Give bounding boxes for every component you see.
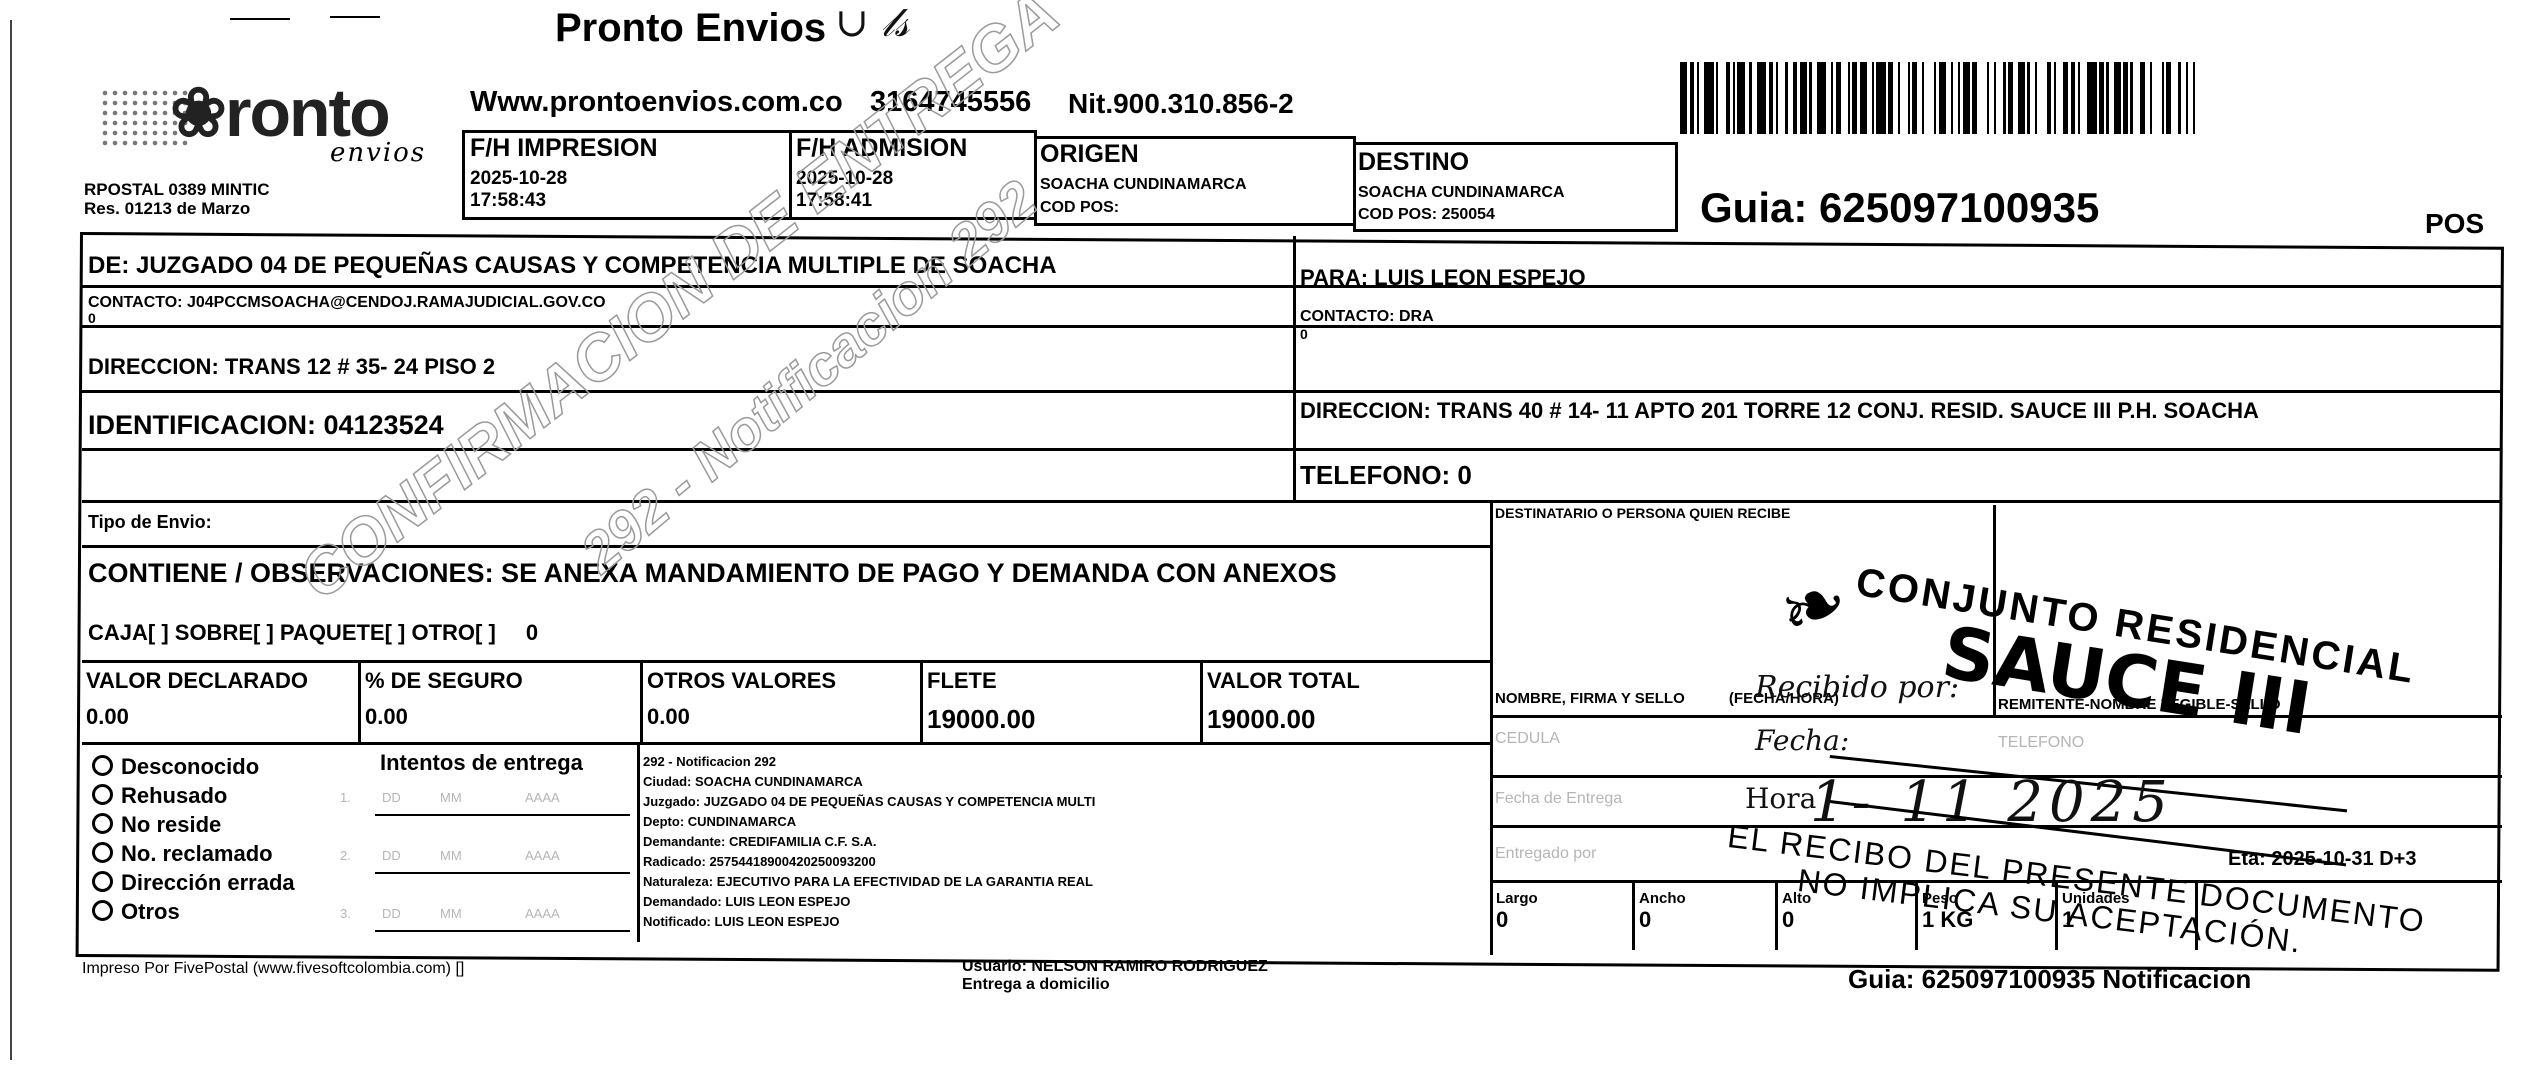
radio-icon[interactable] xyxy=(92,842,113,863)
column-divider xyxy=(637,742,640,942)
dimension-value: 0 xyxy=(1496,907,1632,933)
handwritten-delivery-date: 1- 11 2025 xyxy=(1810,770,2174,835)
return-reason-label: Otros xyxy=(121,899,180,924)
return-reason-label: Dirección errada xyxy=(121,870,295,895)
logo-subtitle: envios xyxy=(330,138,426,168)
value-cell: VALOR TOTAL19000.00 xyxy=(1200,660,1490,744)
contents-observations: CONTIENE / OBSERVACIONES: SE ANEXA MANDA… xyxy=(88,558,1337,589)
impresion-label: F/H IMPRESION xyxy=(470,134,658,163)
page-left-edge xyxy=(10,20,12,1060)
value-amount: 0.00 xyxy=(365,704,640,730)
attempt-year: AAAA xyxy=(525,906,560,921)
radio-icon[interactable] xyxy=(92,755,113,776)
attempt-row[interactable]: 2. DD MM AAAA xyxy=(340,848,630,863)
attempt-number: 2. xyxy=(340,848,351,863)
attempt-day: DD xyxy=(382,790,401,805)
attempt-day: DD xyxy=(382,906,401,921)
handwritten-fecha: Fecha: xyxy=(1755,724,1849,757)
dimension-cell: Largo 0 xyxy=(1492,882,1632,950)
row-divider xyxy=(1492,715,2502,718)
attempt-underline xyxy=(375,930,630,932)
printed-by: Impreso Por FivePostal (www.fivesoftcolo… xyxy=(82,960,464,978)
notification-detail-line: Demandante: CREDIFAMILIA C.F. S.A. xyxy=(643,832,1095,852)
attempt-underline xyxy=(375,872,630,874)
company-logo: ❀ronto envios xyxy=(100,80,440,170)
value-label: VALOR DECLARADO xyxy=(86,668,358,694)
attempt-year: AAAA xyxy=(525,848,560,863)
dimension-cell: Ancho 0 xyxy=(1632,882,1775,950)
return-reasons: DesconocidoRehusadoNo resideNo. reclamad… xyxy=(92,752,295,926)
attempts-title: Intentos de entrega xyxy=(380,750,583,776)
sender-id: IDENTIFICACION: 04123524 xyxy=(88,410,444,441)
impresion-time: 17:58:43 xyxy=(470,190,546,212)
notification-details: 292 - Notificacion 292Ciudad: SOACHA CUN… xyxy=(643,752,1095,932)
value-amount: 19000.00 xyxy=(1207,704,1490,735)
attempt-month: MM xyxy=(440,906,462,921)
return-reason-option[interactable]: No. reclamado xyxy=(92,839,295,868)
id-card-label: CEDULA xyxy=(1495,730,1560,748)
attempt-row[interactable]: 3. DD MM AAAA xyxy=(340,906,630,921)
guia-footer: Guia: 625097100935 Notificacion xyxy=(1848,964,2251,995)
notification-detail-line: Demandado: LUIS LEON ESPEJO xyxy=(643,892,1095,912)
operator-user: Usuario: NELSON RAMIRO RODRIGUEZ xyxy=(962,958,1268,976)
value-label: FLETE xyxy=(927,668,1200,694)
notification-detail-line: Juzgado: JUZGADO 04 DE PEQUEÑAS CAUSAS Y… xyxy=(643,792,1095,812)
service-type: POS xyxy=(2425,208,2484,240)
packaging-count: 0 xyxy=(526,620,538,645)
license-line: RPOSTAL 0389 MINTIC xyxy=(84,180,269,199)
handwritten-hora: Hora xyxy=(1745,782,1816,815)
attempt-number: 1. xyxy=(340,790,351,805)
guia-number: Guia: 625097100935 xyxy=(1700,184,2099,232)
olive-branch-icon: ❧ xyxy=(1766,551,1861,661)
value-label: % DE SEGURO xyxy=(365,668,640,694)
attempt-day: DD xyxy=(382,848,401,863)
name-signature-label: NOMBRE, FIRMA Y SELLO xyxy=(1495,690,1685,707)
attempt-number: 3. xyxy=(340,906,351,921)
phone-label: TELEFONO xyxy=(1998,734,2084,752)
destino-codpos: COD POS: 250054 xyxy=(1358,206,1495,224)
origen-city: SOACHA CUNDINAMARCA xyxy=(1040,176,1247,194)
dimension-label: Largo xyxy=(1496,890,1632,907)
row-divider xyxy=(82,285,2502,288)
return-reason-option[interactable]: Rehusado xyxy=(92,781,295,810)
value-amount: 0.00 xyxy=(86,704,358,730)
return-reason-label: Rehusado xyxy=(121,783,227,808)
recipient-name: PARA: LUIS LEON ESPEJO xyxy=(1300,265,1586,291)
row-divider xyxy=(82,325,2502,328)
scan-mark xyxy=(330,16,380,18)
value-amount: 0.00 xyxy=(647,704,920,730)
notification-detail-line: Depto: CUNDINAMARCA xyxy=(643,812,1095,832)
sender-contact: CONTACTO: J04PCCMSOACHA@CENDOJ.RAMAJUDIC… xyxy=(88,294,606,312)
value-cell: OTROS VALORES0.00 xyxy=(640,660,920,744)
return-reason-option[interactable]: No reside xyxy=(92,810,295,839)
handwritten-scribble: ∪ 𝓁𝓈 xyxy=(835,0,909,46)
destino-city: SOACHA CUNDINAMARCA xyxy=(1358,184,1565,202)
origen-codpos: COD POS: xyxy=(1040,199,1119,217)
scan-mark xyxy=(230,18,290,20)
radio-icon[interactable] xyxy=(92,784,113,805)
return-reason-option[interactable]: Desconocido xyxy=(92,752,295,781)
recipient-address: DIRECCION: TRANS 40 # 14- 11 APTO 201 TO… xyxy=(1300,398,2259,424)
website: Www.prontoenvios.com.co xyxy=(470,86,843,119)
return-reason-label: Desconocido xyxy=(121,754,259,779)
recipient-contact-extra: 0 xyxy=(1300,326,1308,342)
packaging-checkboxes: CAJA[ ] SOBRE[ ] PAQUETE[ ] OTRO[ ] xyxy=(88,620,496,645)
column-divider xyxy=(1293,236,1296,501)
return-reason-label: No reside xyxy=(121,812,221,837)
resolution-line: Res. 01213 de Marzo xyxy=(84,199,269,218)
postal-license: RPOSTAL 0389 MINTIC Res. 01213 de Marzo xyxy=(84,180,269,218)
delivery-type: Entrega a domicilio xyxy=(962,976,1110,994)
company-nit: Nit.900.310.856-2 xyxy=(1068,88,1294,120)
attempt-year: AAAA xyxy=(525,790,560,805)
notification-detail-line: 292 - Notificacion 292 xyxy=(643,752,1095,772)
notification-detail-line: Radicado: 25754418900420250093200 xyxy=(643,852,1095,872)
row-divider xyxy=(82,742,1492,745)
dimension-value: 0 xyxy=(1639,907,1775,933)
radio-icon[interactable] xyxy=(92,871,113,892)
return-reason-label: No. reclamado xyxy=(121,841,273,866)
notification-detail-line: Notificado: LUIS LEON ESPEJO xyxy=(643,912,1095,932)
value-cell: % DE SEGURO0.00 xyxy=(358,660,640,744)
return-reason-option[interactable]: Otros xyxy=(92,897,295,926)
value-label: VALOR TOTAL xyxy=(1207,668,1490,694)
value-cell: FLETE19000.00 xyxy=(920,660,1200,744)
attempt-month: MM xyxy=(440,848,462,863)
dimension-label: Ancho xyxy=(1639,890,1775,907)
return-reason-option[interactable]: Dirección errada xyxy=(92,868,295,897)
row-divider xyxy=(82,390,2502,393)
notification-detail-line: Naturaleza: EJECUTIVO PARA LA EFECTIVIDA… xyxy=(643,872,1095,892)
origen-label: ORIGEN xyxy=(1040,140,1139,169)
recipient-contact: CONTACTO: DRA xyxy=(1300,308,1434,326)
attempt-row[interactable]: 1. DD MM AAAA xyxy=(340,790,630,805)
value-label: OTROS VALORES xyxy=(647,668,920,694)
packaging-options: CAJA[ ] SOBRE[ ] PAQUETE[ ] OTRO[ ] 0 xyxy=(88,620,538,646)
attempt-month: MM xyxy=(440,790,462,805)
value-amount: 19000.00 xyxy=(927,704,1200,735)
company-title: Pronto Envios xyxy=(555,6,826,51)
impresion-date: 2025-10-28 xyxy=(470,168,567,190)
sender-address: DIRECCION: TRANS 12 # 35- 24 PISO 2 xyxy=(88,354,495,380)
value-cell: VALOR DECLARADO0.00 xyxy=(82,660,358,744)
attempt-underline xyxy=(375,814,630,816)
tracking-barcode xyxy=(1680,62,2500,134)
radio-icon[interactable] xyxy=(92,900,113,921)
handwritten-recibido: Recibido por: xyxy=(1755,670,1959,705)
destino-label: DESTINO xyxy=(1358,148,1469,177)
delivery-date-label: Fecha de Entrega xyxy=(1495,790,1622,808)
radio-icon[interactable] xyxy=(92,813,113,834)
notification-detail-line: Ciudad: SOACHA CUNDINAMARCA xyxy=(643,772,1095,792)
recipient-receiver-label: DESTINATARIO O PERSONA QUIEN RECIBE xyxy=(1495,505,1790,521)
recipient-phone: TELEFONO: 0 xyxy=(1300,460,1472,491)
shipping-type-label: Tipo de Envio: xyxy=(88,512,212,533)
delivered-by-label: Entregado por xyxy=(1495,845,1596,863)
sender-contact-extra: 0 xyxy=(88,310,96,326)
